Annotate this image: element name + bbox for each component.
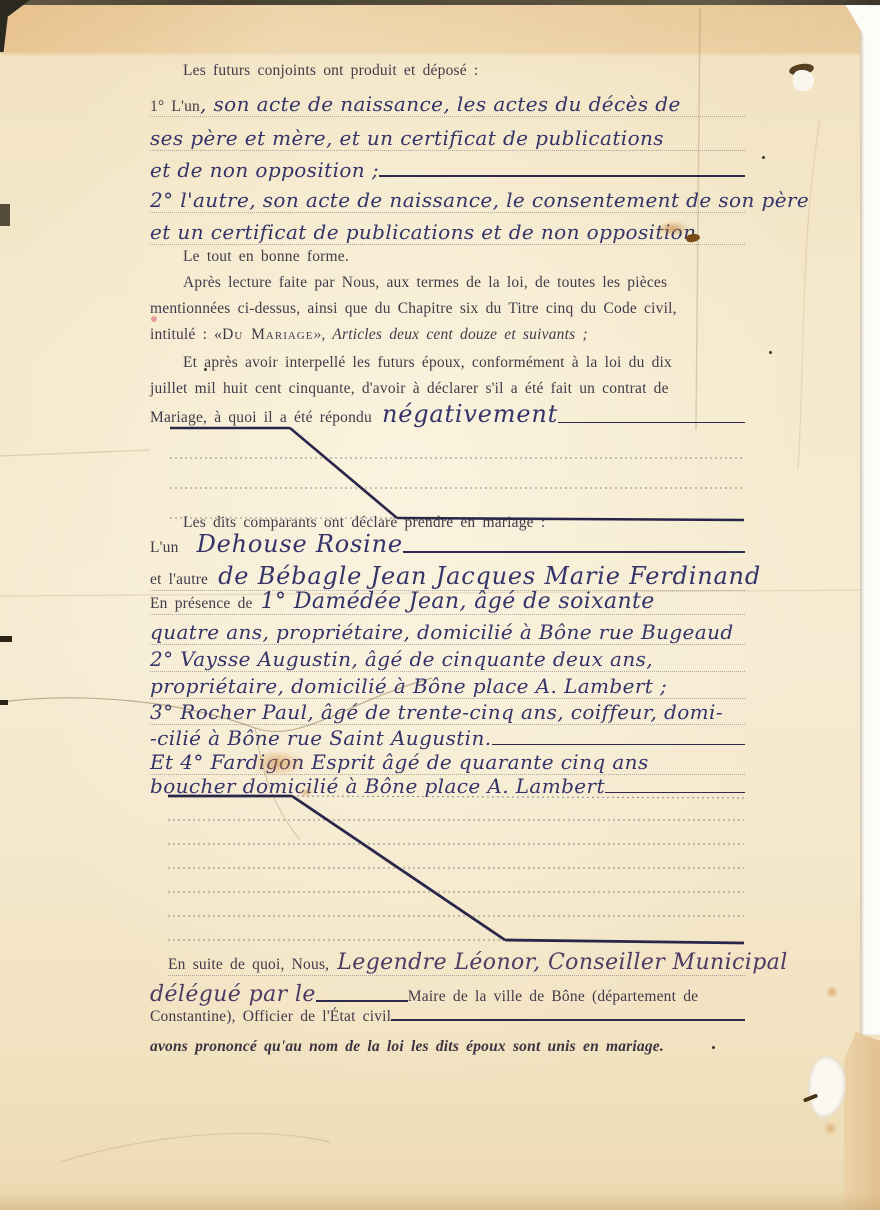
produced-closing-text: Le tout en bonne forme.	[183, 248, 349, 266]
witness1-hand-1: 1° Damédée Jean, âgé de soixante	[261, 589, 655, 614]
pronouncement-closing: avons prononcé qu'au nom de la loi les d…	[150, 1038, 664, 1056]
blank-rule	[558, 422, 745, 423]
lecture-p2-l1: Et après avoir interpellé les futurs épo…	[183, 354, 672, 372]
produced-heading-text: Les futurs conjoints ont produit et dépo…	[183, 62, 478, 80]
left-edge-tear-mark	[0, 700, 8, 705]
witness4-hand-2: boucher domicilié à Bône place A. Lamber…	[150, 774, 605, 798]
rust-stain	[252, 750, 304, 776]
lecture-p1-l2-text: mentionnées ci-dessus, ainsi que du Chap…	[150, 300, 677, 318]
lecture-p1-l3-post: », Articles deux cent douze et suivants …	[313, 326, 587, 344]
item2-hand-1: 2° l'autre, son acte de naissance, le co…	[150, 188, 809, 212]
rust-stain	[824, 1122, 837, 1135]
lecture-p2-l2-text: juillet mil huit cent cinquante, d'avoir…	[150, 380, 669, 398]
item1-hand-1: , son acte de naissance, les actes du dé…	[200, 92, 681, 116]
item1-label: 1° L'un	[150, 98, 200, 116]
dust-speck	[762, 156, 765, 159]
rust-stain	[656, 221, 690, 236]
officiant-name-handwriting: Legendre Léonor, Conseiller Municipal	[337, 950, 787, 975]
negativement-handwriting: négativement	[382, 400, 558, 428]
produced-item1-line3: et de non opposition ;	[150, 158, 745, 182]
lecture-p1-l3: intitulé : « Du Mariage », Articles deux…	[150, 326, 588, 344]
lecture-p2-l2: juillet mil huit cent cinquante, d'avoir…	[150, 380, 669, 398]
blank-rule	[391, 1019, 745, 1021]
dust-speck	[712, 1046, 715, 1049]
witness2-line2: propriétaire, domicilié à Bône place A. …	[150, 674, 745, 699]
du-mariage-title: Du Mariage	[222, 326, 313, 344]
dust-speck	[204, 368, 207, 371]
scanned-marriage-certificate: Les futurs conjoints ont produit et dépo…	[0, 0, 880, 1210]
spouse1-label: L'un	[150, 539, 179, 557]
rust-stain	[298, 788, 314, 797]
witness1-hand-2: quatre ans, propriétaire, domicilié à Bô…	[150, 620, 734, 644]
lecture-p1-l2: mentionnées ci-dessus, ainsi que du Chap…	[150, 300, 677, 318]
witness1-line1: En présence de 1° Damédée Jean, âgé de s…	[150, 589, 745, 615]
lecture-p1-l1-text: Après lecture faite par Nous, aux termes…	[183, 274, 667, 292]
witness4-line2: boucher domicilié à Bône place A. Lamber…	[150, 774, 745, 798]
pink-speck	[151, 316, 157, 322]
witness3-line1: 3° Rocher Paul, âgé de trente-cinq ans, …	[150, 700, 745, 725]
produced-heading: Les futurs conjoints ont produit et dépo…	[183, 62, 478, 80]
delegation-line: délégué par le Maire de la ville de Bône…	[150, 982, 698, 1007]
pronouncement-intro-line: En suite de quoi, Nous, Legendre Léonor,…	[168, 950, 745, 976]
item2-hand-2: et un certificat de publications et de n…	[150, 220, 696, 244]
blank-rule	[403, 551, 745, 553]
item1-hand-2: ses père et mère, et un certificat de pu…	[150, 126, 664, 150]
witness4-line1: Et 4° Fardigon Esprit âgé de quarante ci…	[150, 750, 745, 775]
mayor-printed-2: Constantine), Officier de l'État civil	[150, 1008, 391, 1026]
witness1-line2: quatre ans, propriétaire, domicilié à Bô…	[150, 620, 745, 645]
blank-rule	[492, 744, 745, 745]
dust-speck	[769, 351, 772, 354]
pronouncement-intro-text: En suite de quoi, Nous,	[168, 956, 329, 974]
produced-item2-line2: et un certificat de publications et de n…	[150, 220, 745, 245]
spouse1-line: L'un Dehouse Rosine	[150, 530, 745, 558]
witness3-hand-2: -cilié à Bône rue Saint Augustin.	[150, 726, 492, 750]
lecture-p1-l1: Après lecture faite par Nous, aux termes…	[183, 274, 667, 292]
contract-answer-line: Mariage, à quoi il a été répondu négativ…	[150, 400, 745, 428]
produced-item2-line1: 2° l'autre, son acte de naissance, le co…	[150, 188, 745, 213]
left-edge-tear-mark	[0, 204, 10, 226]
delegation-handwriting: délégué par le	[150, 982, 316, 1007]
witness3-hand-1: 3° Rocher Paul, âgé de trente-cinq ans, …	[150, 700, 723, 724]
witness3-line2: -cilié à Bône rue Saint Augustin.	[150, 726, 745, 750]
presence-label: En présence de	[150, 595, 253, 613]
spouse1-name-handwriting: Dehouse Rosine	[197, 530, 403, 558]
produced-closing: Le tout en bonne forme.	[183, 248, 349, 266]
spouse2-label: et l'autre	[150, 571, 208, 589]
blank-rule	[379, 175, 745, 177]
witness2-line1: 2° Vaysse Augustin, âgé de cinquante deu…	[150, 647, 745, 672]
blank-rule	[316, 1000, 408, 1002]
lecture-p1-l3-pre: intitulé : «	[150, 326, 222, 344]
mayor-printed-1: Maire de la ville de Bône (département d…	[408, 988, 698, 1006]
witness4-hand-1: Et 4° Fardigon Esprit âgé de quarante ci…	[150, 750, 649, 774]
produced-item1-line1: 1° L'un , son acte de naissance, les act…	[150, 92, 745, 117]
lecture-p2-l1-text: Et après avoir interpellé les futurs épo…	[183, 354, 672, 372]
produced-item1-line2: ses père et mère, et un certificat de pu…	[150, 126, 745, 151]
pronouncement-closing-text: avons prononcé qu'au nom de la loi les d…	[150, 1038, 664, 1056]
left-edge-tear-mark	[0, 636, 12, 642]
spouse2-name-handwriting: de Bébagle Jean Jacques Marie Ferdinand	[218, 562, 761, 590]
witness2-hand-1: 2° Vaysse Augustin, âgé de cinquante deu…	[150, 647, 653, 671]
rust-stain	[826, 986, 838, 998]
officer-line: Constantine), Officier de l'État civil	[150, 1008, 745, 1026]
contract-question-text: Mariage, à quoi il a été répondu	[150, 409, 372, 427]
spouse2-line: et l'autre de Bébagle Jean Jacques Marie…	[150, 562, 745, 591]
blank-rule	[605, 792, 745, 793]
item1-hand-3: et de non opposition ;	[150, 158, 379, 182]
witness2-hand-2: propriétaire, domicilié à Bône place A. …	[150, 674, 667, 698]
